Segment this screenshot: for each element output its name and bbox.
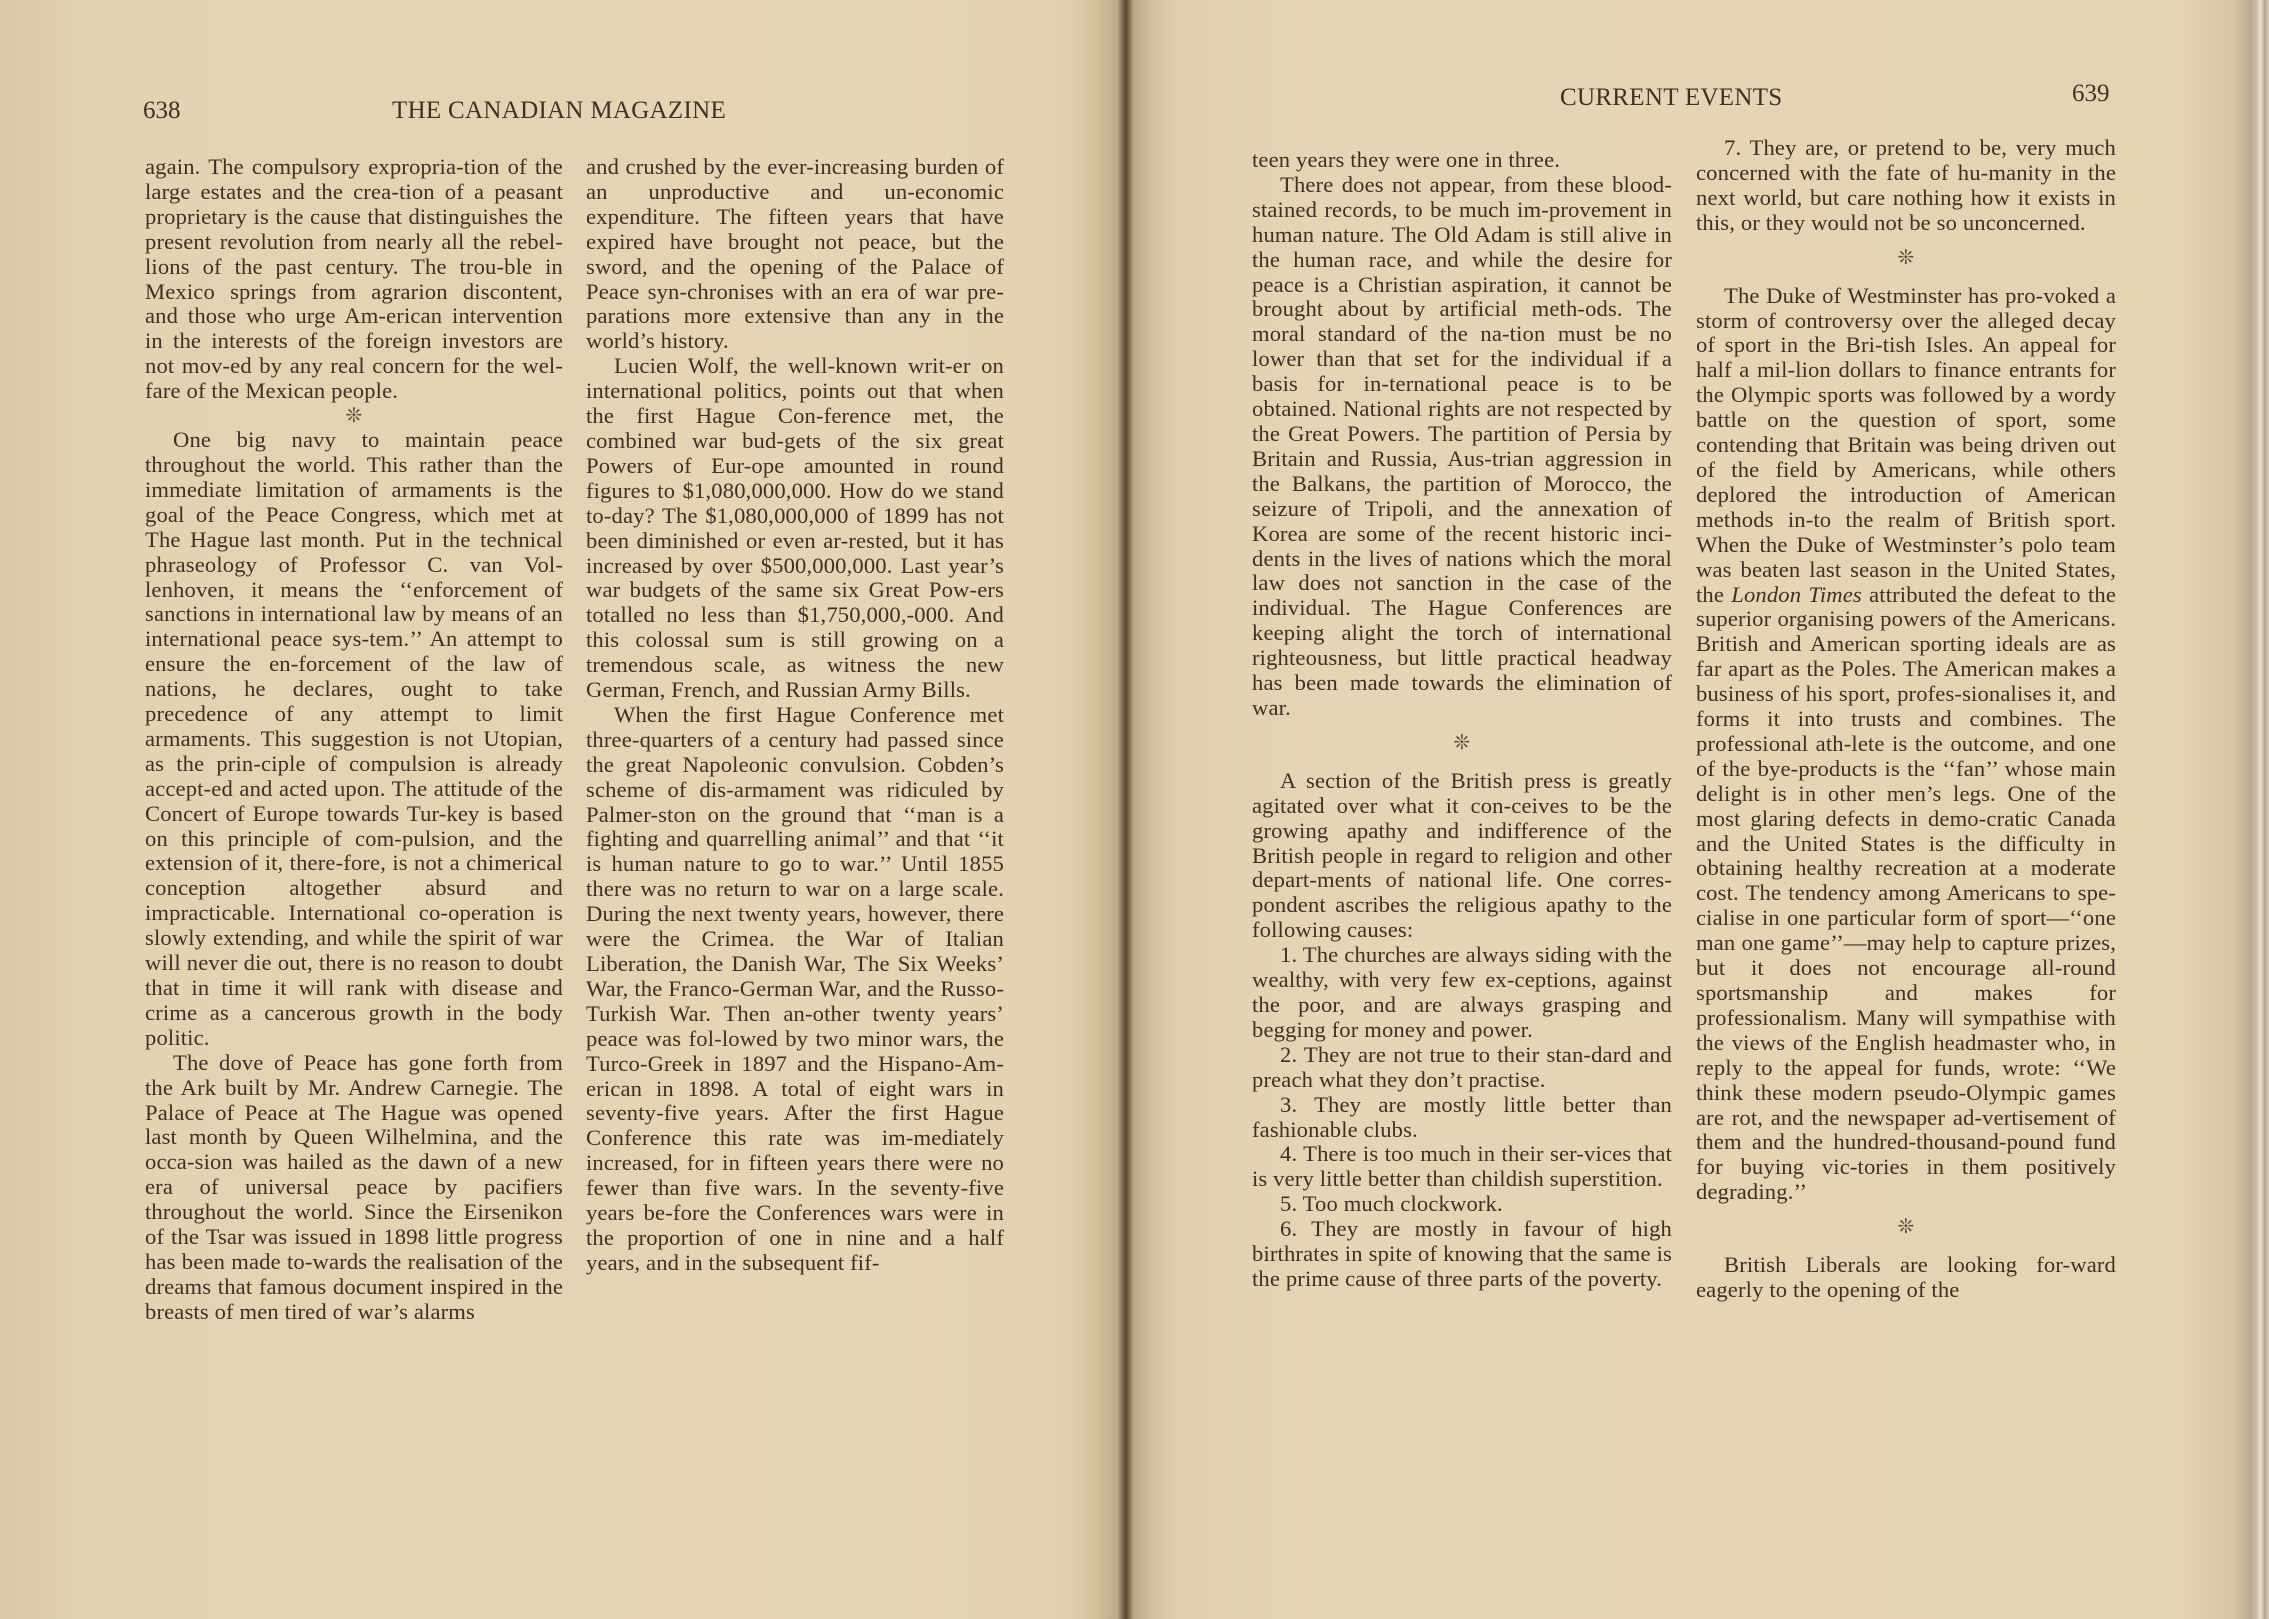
article-paragraph: British Liberals are looking for-ward ea… xyxy=(1696,1253,2116,1303)
section-divider-asterism-icon: ❊ xyxy=(1696,246,2116,270)
left-page-column-1: again. The compulsory expropria-tion of … xyxy=(145,155,563,1325)
right-page-column-1: teen years they were one in three.There … xyxy=(1252,148,1672,1292)
book-spread: 638 THE CANADIAN MAGAZINE again. The com… xyxy=(0,0,2269,1619)
right-page-column-2: 7. They are, or pretend to be, very much… xyxy=(1696,136,2116,1303)
article-paragraph: The Duke of Westminster has pro-voked a … xyxy=(1696,284,2116,1206)
paragraph-text: The Duke of Westminster has pro-voked a … xyxy=(1696,283,2116,607)
numbered-list-item: 3. They are mostly little better than fa… xyxy=(1252,1093,1672,1143)
article-paragraph: One big navy to maintain peace throughou… xyxy=(145,428,563,1051)
article-paragraph: A section of the British press is greatl… xyxy=(1252,769,1672,943)
page-number: 639 xyxy=(2072,80,2110,108)
article-paragraph: There does not appear, from these blood-… xyxy=(1252,173,1672,721)
article-paragraph: Lucien Wolf, the well-known writ-er on i… xyxy=(586,354,1004,703)
running-head: THE CANADIAN MAGAZINE xyxy=(392,97,726,125)
article-paragraph: and crushed by the ever-increasing burde… xyxy=(586,155,1004,354)
left-page: 638 THE CANADIAN MAGAZINE again. The com… xyxy=(0,0,1120,1619)
numbered-list-item: 6. They are mostly in favour of high bir… xyxy=(1252,1217,1672,1292)
article-paragraph: again. The compulsory expropria-tion of … xyxy=(145,155,563,404)
page-number: 638 xyxy=(143,97,181,125)
article-paragraph: The dove of Peace has gone forth from th… xyxy=(145,1051,563,1325)
section-divider-asterism-icon: ❊ xyxy=(1696,1215,2116,1239)
left-page-column-2: and crushed by the ever-increasing burde… xyxy=(586,155,1004,1276)
article-paragraph: teen years they were one in three. xyxy=(1252,148,1672,173)
article-paragraph: When the first Hague Conference met thre… xyxy=(586,703,1004,1276)
publication-title: London Times xyxy=(1731,582,1862,607)
numbered-list-item: 5. Too much clockwork. xyxy=(1252,1192,1672,1217)
numbered-list-item: 1. The churches are always siding with t… xyxy=(1252,943,1672,1043)
right-page: CURRENT EVENTS 639 teen years they were … xyxy=(1150,0,2269,1619)
numbered-list-item: 7. They are, or pretend to be, very much… xyxy=(1696,136,2116,236)
numbered-list-item: 4. There is too much in their ser-vices … xyxy=(1252,1142,1672,1192)
section-divider-asterism-icon: ❊ xyxy=(145,404,563,428)
paragraph-text: attributed the defeat to the superior or… xyxy=(1696,582,2116,1205)
numbered-list-item: 2. They are not true to their stan-dard … xyxy=(1252,1043,1672,1093)
section-divider-asterism-icon: ❊ xyxy=(1252,731,1672,755)
running-head: CURRENT EVENTS xyxy=(1560,84,1783,112)
